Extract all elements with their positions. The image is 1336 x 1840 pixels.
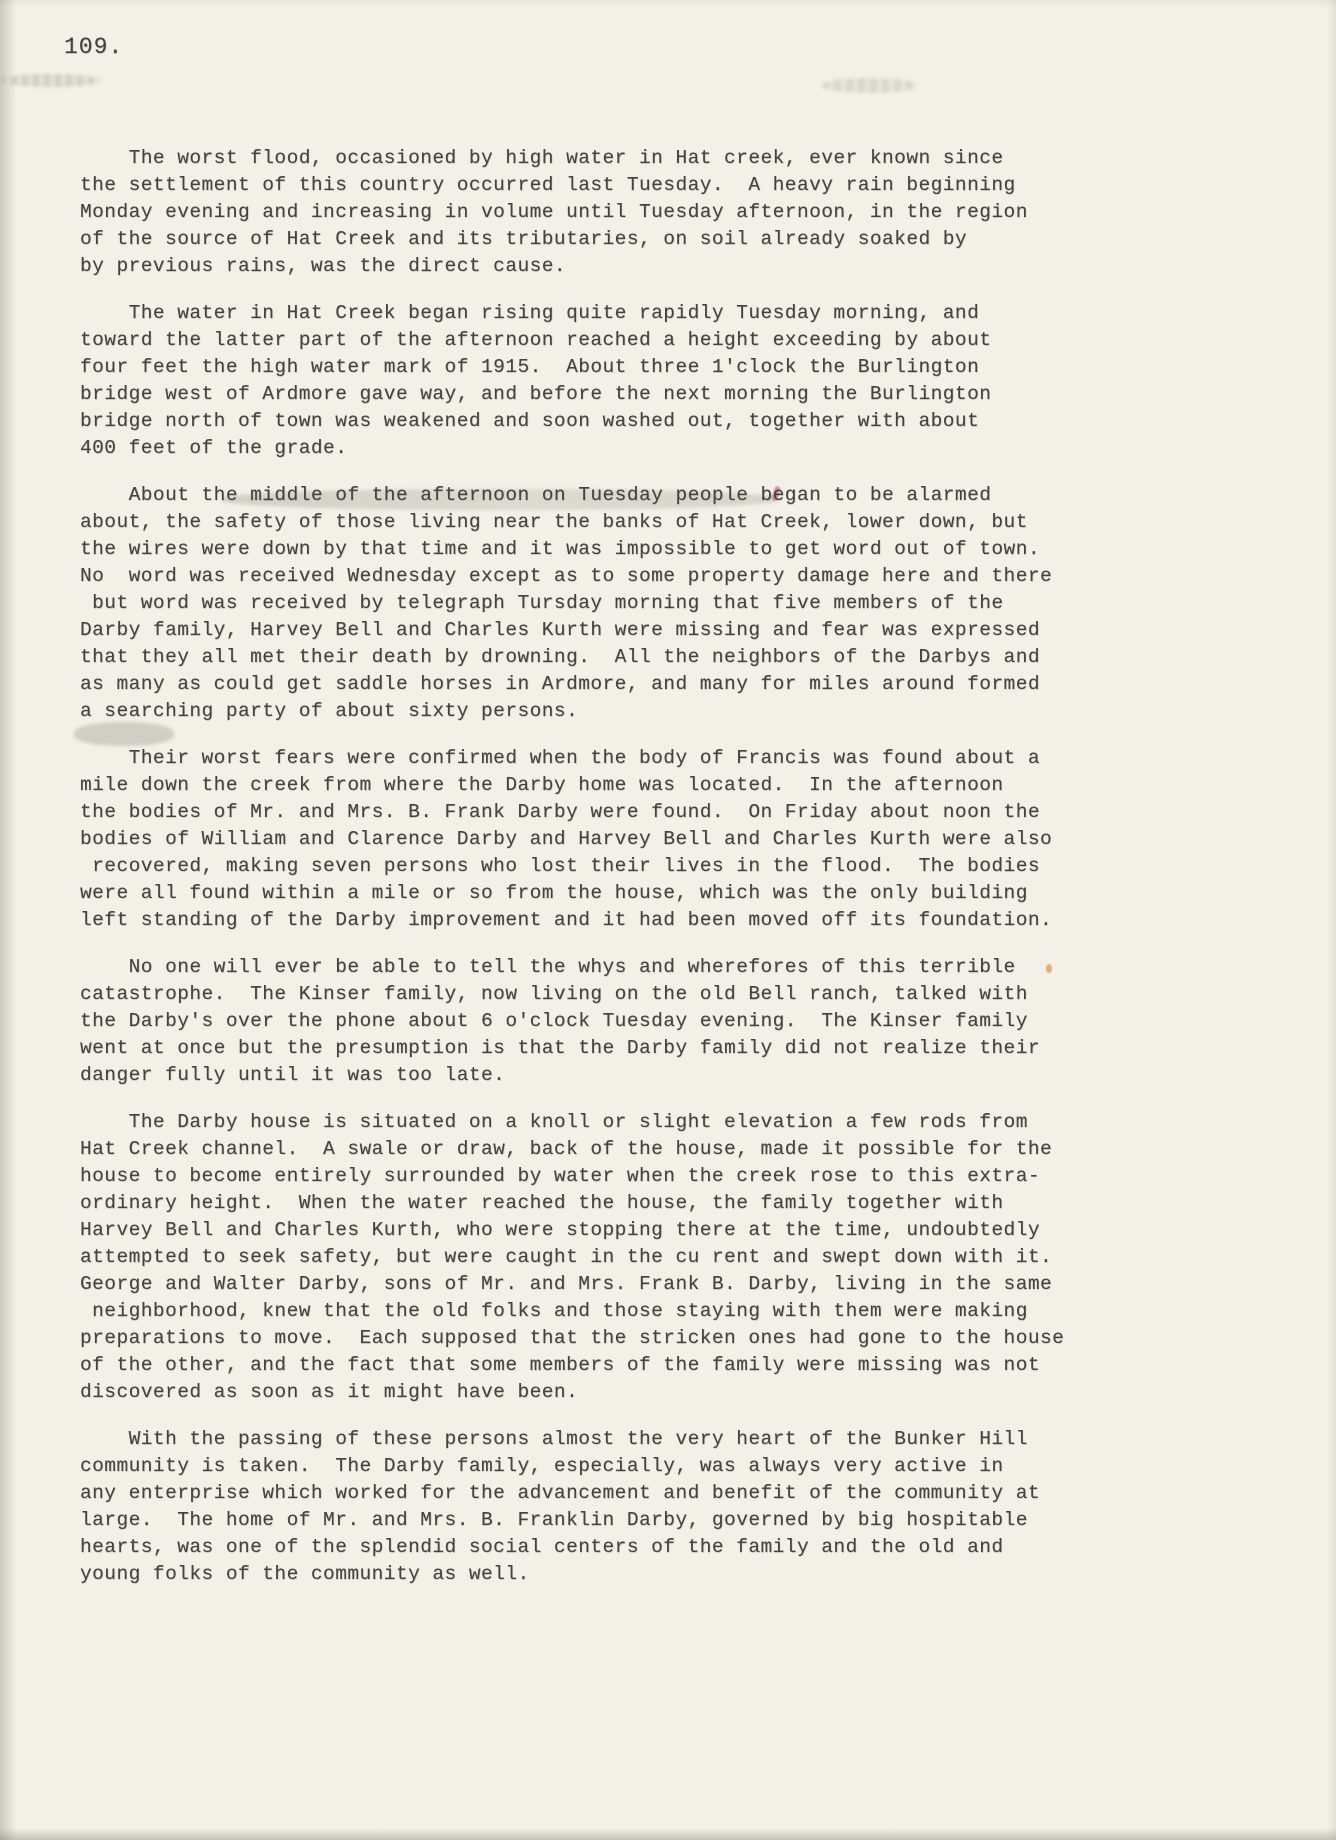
text-line: the bodies of Mr. and Mrs. B. Frank Darb… xyxy=(80,799,1140,826)
text-line: of the source of Hat Creek and its tribu… xyxy=(80,226,1140,253)
text-line: Darby family, Harvey Bell and Charles Ku… xyxy=(80,617,1140,644)
text-line: of the other, and the fact that some mem… xyxy=(80,1352,1140,1379)
text-line: large. The home of Mr. and Mrs. B. Frank… xyxy=(80,1507,1140,1534)
text-line: bridge west of Ardmore gave way, and bef… xyxy=(80,381,1140,408)
text-line: hearts, was one of the splendid social c… xyxy=(80,1534,1140,1561)
document-text: The worst flood, occasioned by high wate… xyxy=(80,145,1140,1608)
document-page: 109. The worst flood, occasioned by high… xyxy=(0,0,1336,1840)
text-line: that they all met their death by drownin… xyxy=(80,644,1140,671)
smudge-mark-top-left xyxy=(0,74,100,87)
text-line: any enterprise which worked for the adva… xyxy=(80,1480,1140,1507)
text-line: catastrophe. The Kinser family, now livi… xyxy=(80,981,1140,1008)
text-line: danger fully until it was too late. xyxy=(80,1062,1140,1089)
page-number: 109. xyxy=(64,34,123,60)
paragraph: About the middle of the afternoon on Tue… xyxy=(80,482,1140,725)
text-line: The water in Hat Creek began rising quit… xyxy=(80,300,1140,327)
text-line: were all found within a mile or so from … xyxy=(80,880,1140,907)
smudge-mark-top-right xyxy=(822,78,916,93)
text-line: bodies of William and Clarence Darby and… xyxy=(80,826,1140,853)
text-line: house to become entirely surrounded by w… xyxy=(80,1163,1140,1190)
text-line: The worst flood, occasioned by high wate… xyxy=(80,145,1140,172)
text-line: the settlement of this country occurred … xyxy=(80,172,1140,199)
scan-edge-bottom xyxy=(0,1828,1336,1840)
text-line: bridge north of town was weakened and so… xyxy=(80,408,1140,435)
paragraph: Their worst fears were confirmed when th… xyxy=(80,745,1140,934)
text-line: the wires were down by that time and it … xyxy=(80,536,1140,563)
text-line: Harvey Bell and Charles Kurth, who were … xyxy=(80,1217,1140,1244)
scan-edge-left xyxy=(0,0,16,1840)
text-line: neighborhood, knew that the old folks an… xyxy=(80,1298,1140,1325)
text-line: a searching party of about sixty persons… xyxy=(80,698,1140,725)
text-line: but word was received by telegraph Tursd… xyxy=(80,590,1140,617)
text-line: Their worst fears were confirmed when th… xyxy=(80,745,1140,772)
text-line: attempted to seek safety, but were caugh… xyxy=(80,1244,1140,1271)
text-line: left standing of the Darby improvement a… xyxy=(80,907,1140,934)
text-line: The Darby house is situated on a knoll o… xyxy=(80,1109,1140,1136)
text-line: preparations to move. Each supposed that… xyxy=(80,1325,1140,1352)
scan-edge-right xyxy=(1326,0,1336,1840)
text-line: as many as could get saddle horses in Ar… xyxy=(80,671,1140,698)
text-line: George and Walter Darby, sons of Mr. and… xyxy=(80,1271,1140,1298)
paragraph: The Darby house is situated on a knoll o… xyxy=(80,1109,1140,1406)
text-line: toward the latter part of the afternoon … xyxy=(80,327,1140,354)
text-line: discovered as soon as it might have been… xyxy=(80,1379,1140,1406)
text-line: by previous rains, was the direct cause. xyxy=(80,253,1140,280)
text-line: community is taken. The Darby family, es… xyxy=(80,1453,1140,1480)
text-line: about, the safety of those living near t… xyxy=(80,509,1140,536)
text-line: ordinary height. When the water reached … xyxy=(80,1190,1140,1217)
text-line: Hat Creek channel. A swale or draw, back… xyxy=(80,1136,1140,1163)
text-line: mile down the creek from where the Darby… xyxy=(80,772,1140,799)
text-line: 400 feet of the grade. xyxy=(80,435,1140,462)
text-line: went at once but the presumption is that… xyxy=(80,1035,1140,1062)
text-line: the Darby's over the phone about 6 o'clo… xyxy=(80,1008,1140,1035)
text-line: four feet the high water mark of 1915. A… xyxy=(80,354,1140,381)
text-line: With the passing of these persons almost… xyxy=(80,1426,1140,1453)
paragraph: No one will ever be able to tell the why… xyxy=(80,954,1140,1089)
text-line: About the middle of the afternoon on Tue… xyxy=(80,482,1140,509)
paragraph: The water in Hat Creek began rising quit… xyxy=(80,300,1140,462)
paragraph: With the passing of these persons almost… xyxy=(80,1426,1140,1588)
text-line: recovered, making seven persons who lost… xyxy=(80,853,1140,880)
text-line: young folks of the community as well. xyxy=(80,1561,1140,1588)
text-line: Monday evening and increasing in volume … xyxy=(80,199,1140,226)
scan-edge-top xyxy=(0,0,1336,8)
text-line: No word was received Wednesday except as… xyxy=(80,563,1140,590)
text-line: No one will ever be able to tell the why… xyxy=(80,954,1140,981)
paragraph: The worst flood, occasioned by high wate… xyxy=(80,145,1140,280)
